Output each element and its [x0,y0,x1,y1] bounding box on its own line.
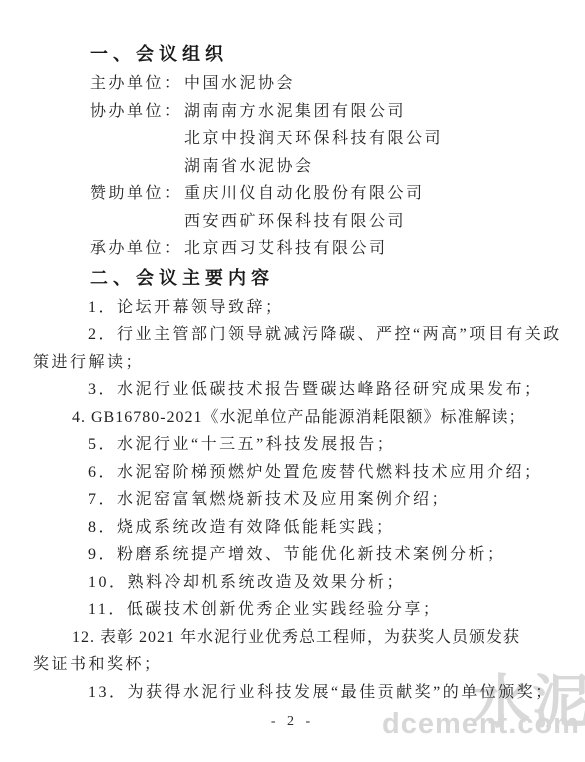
page-number: - 2 - [0,714,585,730]
organizer-name: 湖南南方水泥集团有限公司 [184,103,406,120]
agenda-line: 7．水泥窑富氧燃烧新技术及应用案例介绍； [33,486,555,514]
agenda-line: 1．论坛开幕领导致辞； [33,294,555,322]
agenda-line: 5．水泥行业“十三五”科技发展报告； [33,431,555,459]
agenda-line: 2．行业主管部门领导就减污降碳、严控“两高”项目有关政 [33,321,555,349]
organizer-name: 北京西习艾科技有限公司 [184,240,388,257]
agenda-line: 4. GB16780-2021《水泥单位产品能源消耗限额》标准解读； [33,404,555,432]
document-content: 一、会议组织 主办单位：中国水泥协会协办单位：湖南南方水泥集团有限公司北京中投润… [33,39,555,706]
agenda-line: 9．粉磨系统提产增效、节能优化新技术案例分析； [33,541,555,569]
agenda-list: 1．论坛开幕领导致辞；2．行业主管部门领导就减污降碳、严控“两高”项目有关政策进… [33,294,555,707]
agenda-line: 13．为获得水泥行业科技发展“最佳贡献奖”的单位颁奖； [33,679,555,707]
organizer-role-label: 协办单位： [90,98,184,126]
section-heading-2: 二、会议主要内容 [33,263,555,294]
agenda-line: 12. 表彰 2021 年水泥行业优秀总工程师，为获奖人员颁发获 [33,624,555,652]
organizer-row: 协办单位：湖南南方水泥集团有限公司 [33,98,555,126]
organizer-name: 北京中投润天环保科技有限公司 [184,130,443,147]
document-page: 水泥网 dcement.com 一、会议组织 主办单位：中国水泥协会协办单位：湖… [0,0,585,762]
agenda-line: 奖证书和奖杯； [33,651,555,679]
organizer-row: 西安西矿环保科技有限公司 [33,208,555,236]
organizer-name: 中国水泥协会 [184,75,295,92]
organizer-name: 重庆川仪自动化股份有限公司 [184,185,425,202]
organizer-role-label: 承办单位： [90,235,184,263]
organizer-role-label: 主办单位： [90,70,184,98]
organizer-role-label: 赞助单位： [90,180,184,208]
organizer-name: 西安西矿环保科技有限公司 [184,213,406,230]
organizer-list: 主办单位：中国水泥协会协办单位：湖南南方水泥集团有限公司北京中投润天环保科技有限… [33,70,555,263]
agenda-line: 8．烧成系统改造有效降低能耗实践； [33,514,555,542]
agenda-line: 3．水泥行业低碳技术报告暨碳达峰路径研究成果发布； [33,376,555,404]
agenda-line: 10．熟料冷却机系统改造及效果分析； [33,569,555,597]
organizer-row: 湖南省水泥协会 [33,153,555,181]
organizer-row: 北京中投润天环保科技有限公司 [33,125,555,153]
organizer-row: 赞助单位：重庆川仪自动化股份有限公司 [33,180,555,208]
organizer-name: 湖南省水泥协会 [184,158,314,175]
organizer-row: 承办单位：北京西习艾科技有限公司 [33,235,555,263]
organizer-row: 主办单位：中国水泥协会 [33,70,555,98]
agenda-line: 6．水泥窑阶梯预燃炉处置危废替代燃料技术应用介绍； [33,459,555,487]
agenda-line: 11．低碳技术创新优秀企业实践经验分享； [33,596,555,624]
section-heading-1: 一、会议组织 [33,39,555,70]
agenda-line: 策进行解读； [33,349,555,377]
